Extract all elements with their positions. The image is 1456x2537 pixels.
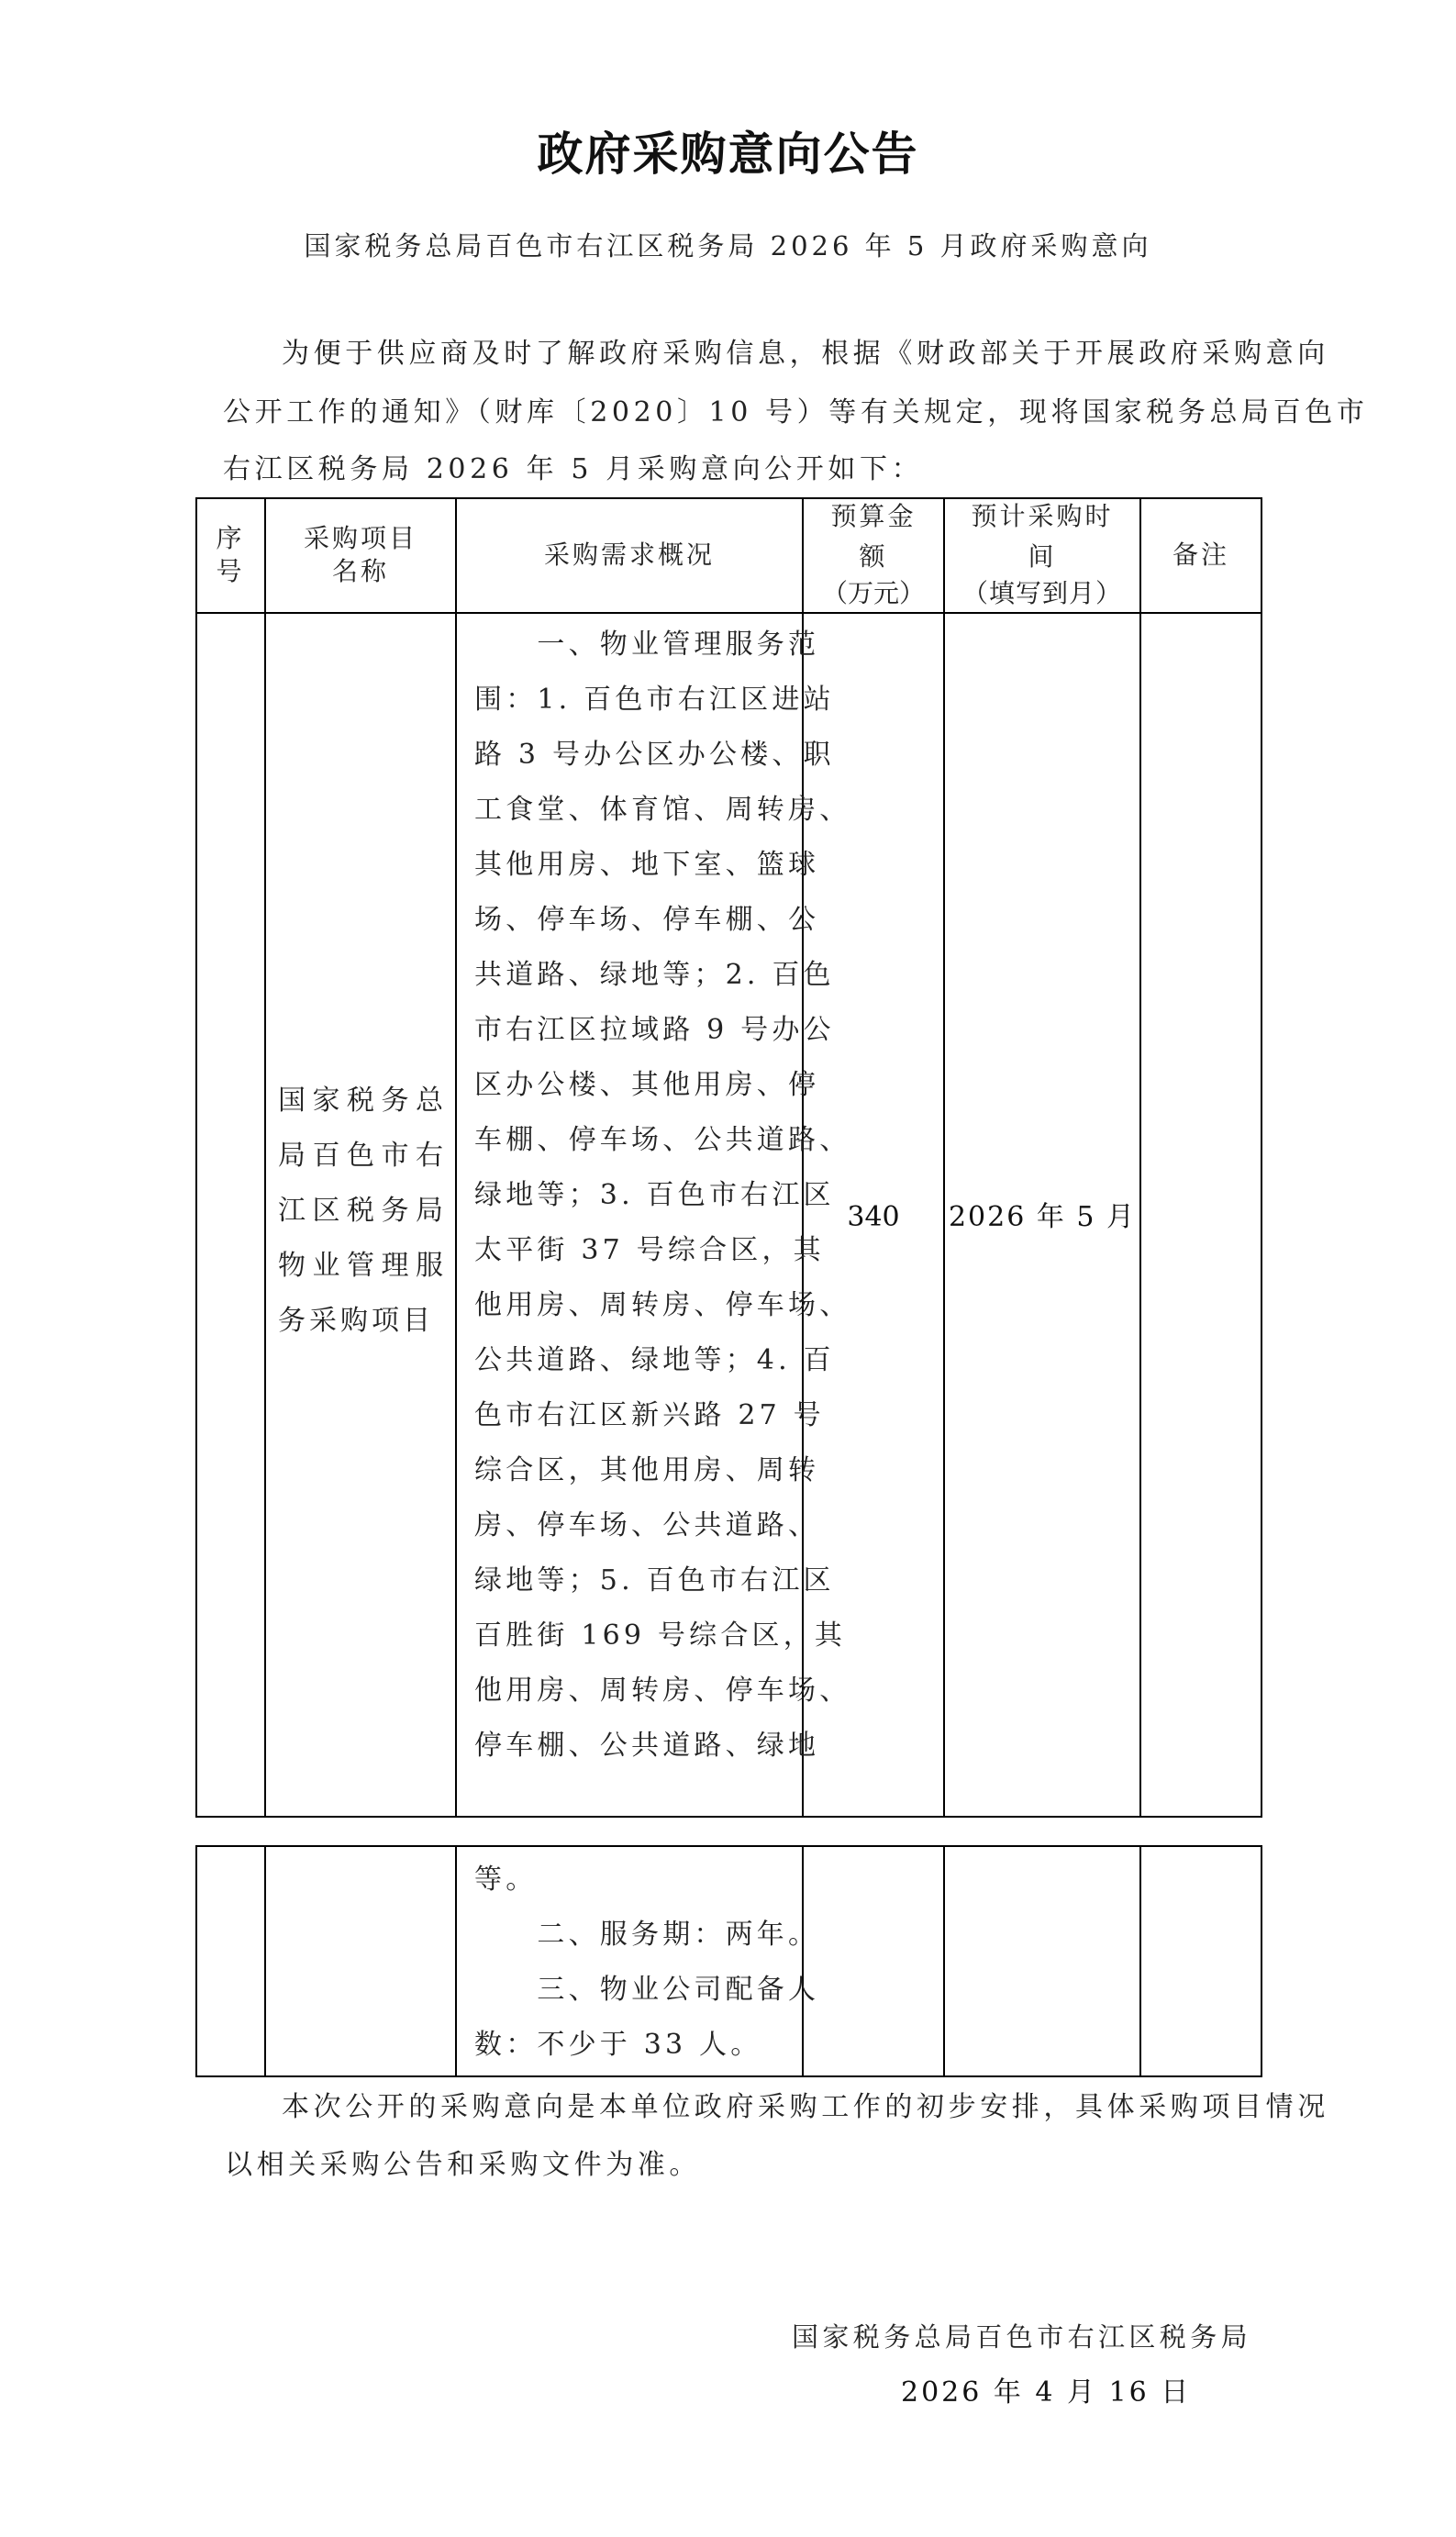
- column-divider: [943, 497, 945, 1818]
- cell-budget: 340: [804, 1199, 943, 1236]
- header-remark: 备注: [1141, 540, 1261, 571]
- table-header-divider: [196, 612, 1262, 614]
- intro-line: 为便于供应商及时了解政府采购信息，根据《财政部关于开展政府采购意向: [282, 336, 1236, 373]
- cell-estimated-time: 2026 年 5 月: [945, 1199, 1139, 1236]
- column-divider: [1139, 497, 1141, 1818]
- document-title: 政府采购意向公告: [0, 127, 1456, 182]
- intro-line: 公开工作的通知》（财库〔2020〕10 号）等有关规定，现将国家税务总局百色市: [223, 395, 1232, 431]
- column-divider: [943, 1845, 945, 2077]
- table-border-bottom: [196, 1816, 1262, 1818]
- table-border-top: [196, 1845, 1262, 1847]
- issuer-signature: 国家税务总局百色市右江区税务局: [792, 2319, 1251, 2355]
- closing-line: 本次公开的采购意向是本单位政府采购工作的初步安排，具体采购项目情况: [282, 2089, 1329, 2126]
- column-divider: [802, 1845, 804, 2077]
- table-border-right: [1261, 497, 1262, 1818]
- table-border-left: [195, 497, 197, 1818]
- column-divider: [455, 1845, 457, 2077]
- table-border-bottom: [196, 2075, 1262, 2077]
- column-divider: [264, 1845, 266, 2077]
- table-border-left: [195, 1845, 197, 2077]
- column-divider: [455, 497, 457, 1818]
- document-subtitle: 国家税务总局百色市右江区税务局 2026 年 5 月政府采购意向: [0, 228, 1456, 264]
- table-border-top: [196, 497, 1262, 499]
- column-divider: [1139, 1845, 1141, 2077]
- column-divider: [264, 497, 266, 1818]
- header-requirement-summary: 采购需求概况: [457, 540, 802, 571]
- table-border-right: [1261, 1845, 1262, 2077]
- closing-line: 以相关采购公告和采购文件为准。: [225, 2147, 701, 2184]
- issue-date: 2026 年 4 月 16 日: [901, 2375, 1191, 2411]
- intro-line: 右江区税务局 2026 年 5 月采购意向公开如下：: [223, 451, 1232, 488]
